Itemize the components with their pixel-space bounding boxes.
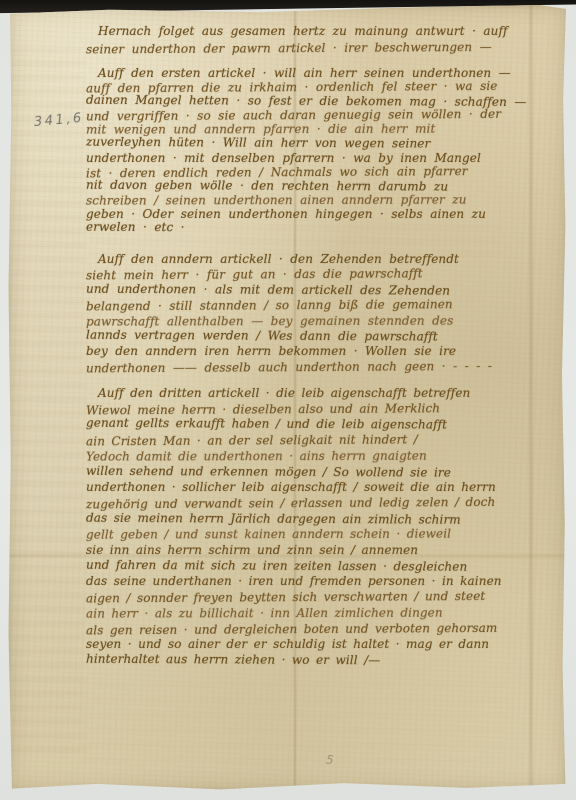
manuscript-line: underthonen · sollicher leib aigenschaff…: [86, 480, 560, 496]
manuscript-line: erwelen · etc ·: [86, 220, 560, 237]
manuscript-line: zuverleyhen hüten · Will ain herr von we…: [86, 135, 560, 152]
manuscript-line: Auff den ersten artickel · will ain herr…: [98, 66, 560, 80]
manuscript-line: lannds vertragen werden / Wes dann die p…: [86, 328, 560, 346]
manuscript-line: schreiben / seinen underthonen ainen ann…: [86, 192, 560, 207]
manuscript-line: gellt geben / und sunst kainen anndern s…: [86, 527, 560, 544]
manuscript-line: hinterhaltet aus herrn ziehen · wo er wi…: [86, 652, 560, 670]
manuscript-line: seyen · und so ainer der er schuldig ist…: [86, 637, 560, 653]
manuscript-line: geben · Oder seinen underthonen hingegen…: [86, 207, 560, 221]
photograph-background: 341,6 Hernach folget aus gesamen hertz z…: [0, 0, 576, 800]
manuscript-line: bey den anndern iren herrn bekommen · Wo…: [86, 344, 560, 359]
page-number-pencil-mark: 5: [325, 753, 334, 768]
manuscript-page: 341,6 Hernach folget aus gesamen hertz z…: [8, 5, 567, 791]
verso-ink-showthrough-left: [10, 49, 86, 751]
manuscript-line: underthonen —— desselb auch underthon na…: [86, 358, 560, 376]
manuscript-line: ain herr · als zu billichait · inn Allen…: [86, 605, 560, 622]
manuscript-line: seiner underthon der pawrn artickel · ir…: [86, 39, 560, 59]
manuscript-line: und fahren da mit sich zu iren zeiten la…: [86, 557, 560, 575]
verso-ink-showthrough-bottom: [78, 681, 508, 761]
paragraph-second-article: Auff den anndern artickell · den Zehende…: [86, 252, 560, 375]
manuscript-line: Auff den dritten artickell · die leib ai…: [98, 386, 560, 402]
paragraph-first-article: Auff den ersten artickel · will ain herr…: [86, 66, 560, 235]
manuscript-line: willen sehend und erkennen mögen / So wo…: [86, 463, 560, 481]
manuscript-line: ain Cristen Man · an der sel seligkait n…: [86, 432, 560, 451]
paragraph-third-article: Auff den dritten artickell · die leib ai…: [86, 386, 560, 669]
manuscript-line: Yedoch damit die underthonen · ains herr…: [86, 448, 560, 465]
manuscript-line: Hernach folget aus gesamen hertz zu main…: [98, 23, 560, 40]
manuscript-line: das seine underthanen · iren und fremden…: [86, 574, 560, 590]
manuscript-line: als gen reisen · und dergleichen boten u…: [86, 620, 560, 639]
manuscript-line: underthonen · mit denselben pfarrern · w…: [86, 151, 560, 165]
manuscript-line: aigen / sonnder freyen beytten sich vers…: [86, 589, 560, 608]
manuscript-line: sie inn ains herrn schirm und zinn sein …: [86, 543, 560, 559]
archive-number-pencil-note: 341,6: [33, 111, 84, 130]
paragraph-preamble: Hernach folget aus gesamen hertz zu main…: [86, 23, 560, 57]
manuscript-line: belangend · still stannden / so lanng bi…: [86, 297, 560, 315]
